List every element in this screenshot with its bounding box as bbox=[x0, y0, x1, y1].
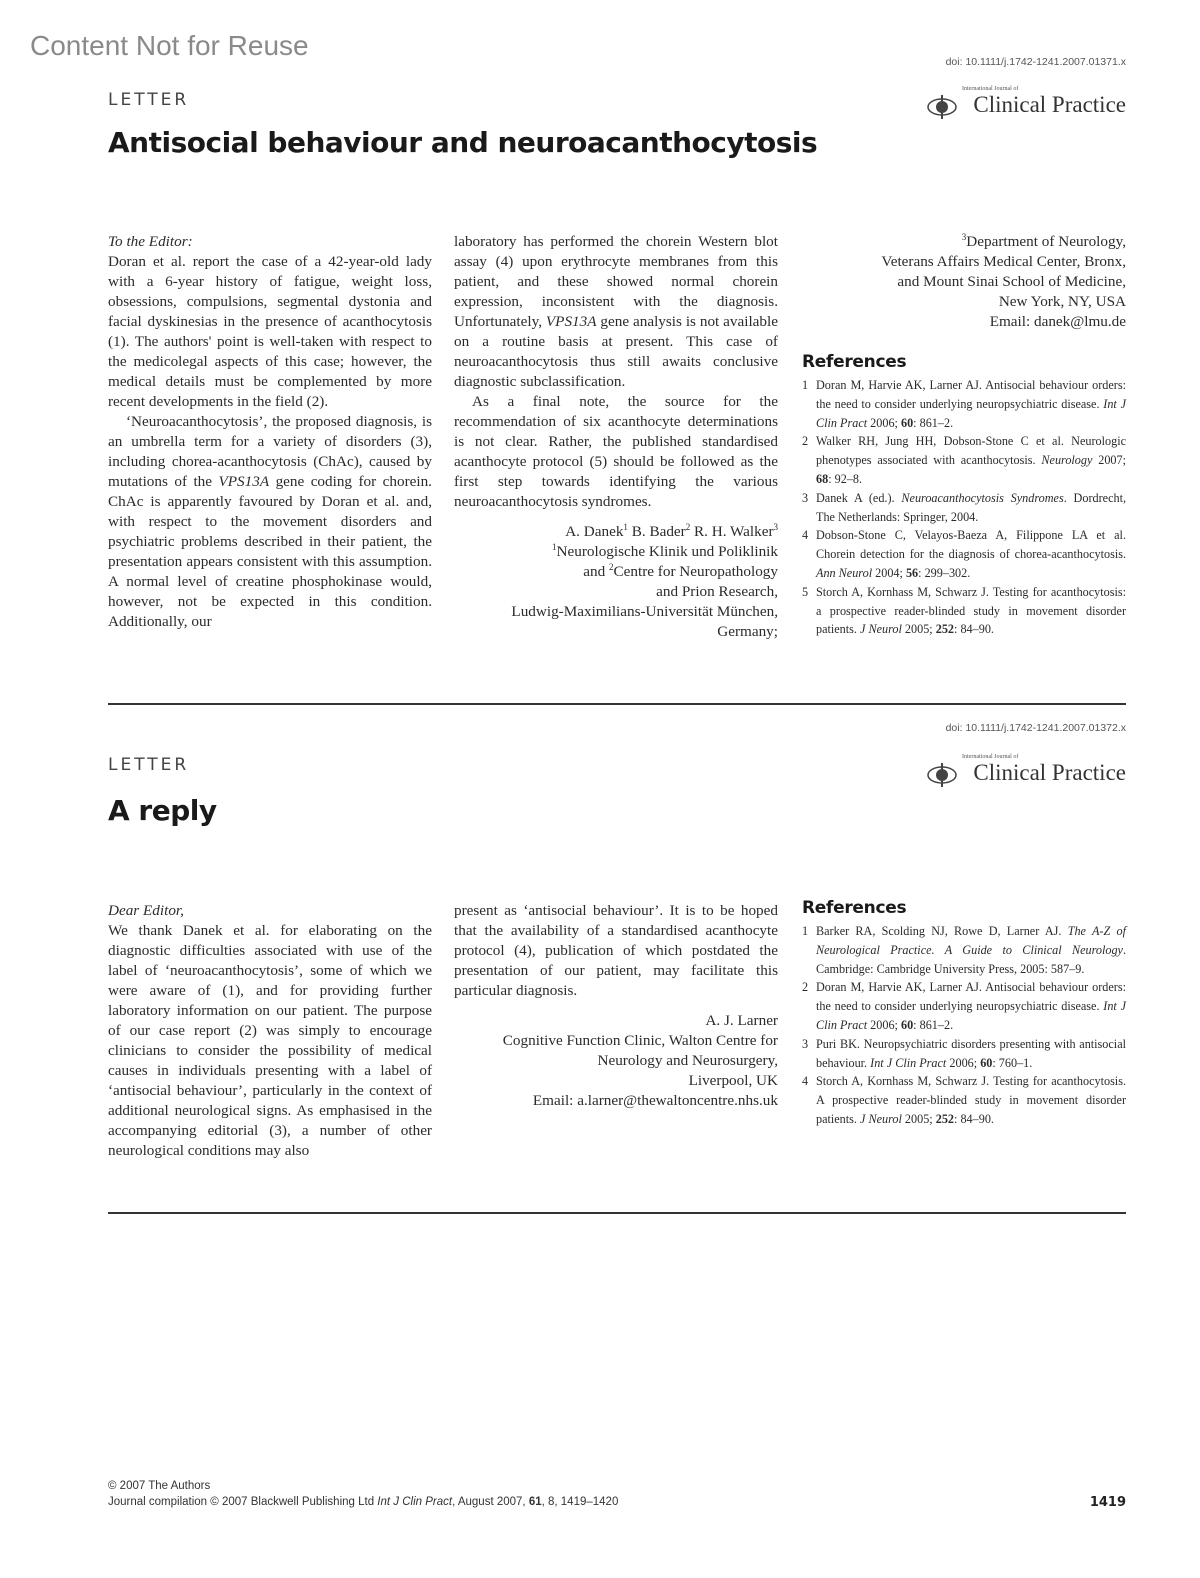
section-divider bbox=[108, 1212, 1126, 1214]
affiliation-3: 3Department of Neurology, Veterans Affai… bbox=[802, 232, 1126, 332]
reference-item: 2Walker RH, Jung HH, Dobson-Stone C et a… bbox=[802, 432, 1126, 488]
salutation: To the Editor: bbox=[108, 232, 432, 252]
author-signature: A. Danek1 B. Bader2 R. H. Walker3 1Neuro… bbox=[454, 522, 778, 642]
letter2-column-1: Dear Editor, We thank Danek et al. for e… bbox=[108, 901, 432, 1161]
author-email[interactable]: Email: danek@lmu.de bbox=[802, 312, 1126, 332]
article-title: A reply bbox=[108, 794, 217, 827]
journal-logo-title: Clinical Practice bbox=[973, 760, 1126, 786]
reference-item: 4Storch A, Kornhass M, Schwarz J. Testin… bbox=[802, 1072, 1126, 1128]
page-number: 1419 bbox=[1090, 1495, 1126, 1510]
gene-name: VPS13A bbox=[218, 473, 269, 490]
references-heading: References bbox=[802, 352, 1126, 372]
affiliation: Ludwig-Maximilians-Universität München, bbox=[454, 602, 778, 622]
reference-item: 5Storch A, Kornhass M, Schwarz J. Testin… bbox=[802, 583, 1126, 639]
paragraph: Doran et al. report the case of a 42-yea… bbox=[108, 252, 432, 412]
reference-item: 1Barker RA, Scolding NJ, Rowe D, Larner … bbox=[802, 922, 1126, 978]
affiliation: 1Neurologische Klinik und Poliklinik bbox=[454, 542, 778, 562]
affiliation: Germany; bbox=[454, 622, 778, 642]
footer-copyright: © 2007 The Authors bbox=[108, 1480, 210, 1492]
letter1-column-3: 3Department of Neurology, Veterans Affai… bbox=[802, 232, 1126, 639]
reference-item: 1Doran M, Harvie AK, Larner AJ. Antisoci… bbox=[802, 376, 1126, 432]
letter1-column-1: To the Editor: Doran et al. report the c… bbox=[108, 232, 432, 632]
affiliation: and 2Centre for Neuropathology bbox=[454, 562, 778, 582]
affiliation: and Prion Research, bbox=[454, 582, 778, 602]
reference-item: 4Dobson-Stone C, Velayos-Baeza A, Filipp… bbox=[802, 526, 1126, 582]
paragraph: ‘Neuroacanthocytosis’, the proposed diag… bbox=[108, 412, 432, 632]
paragraph: As a final note, the source for the reco… bbox=[454, 392, 778, 512]
journal-logo: International Journal of Clinical Practi… bbox=[926, 86, 1126, 126]
watermark: Content Not for Reuse bbox=[30, 30, 309, 62]
reference-list: 1Doran M, Harvie AK, Larner AJ. Antisoci… bbox=[802, 376, 1126, 639]
doi-letter-1: doi: 10.1111/j.1742-1241.2007.01371.x bbox=[946, 56, 1126, 68]
paragraph: We thank Danek et al. for elaborating on… bbox=[108, 921, 432, 1161]
gene-name: VPS13A bbox=[546, 313, 597, 330]
doi-letter-2: doi: 10.1111/j.1742-1241.2007.01372.x bbox=[946, 722, 1126, 734]
letter1-column-2: laboratory has performed the chorein Wes… bbox=[454, 232, 778, 642]
author-name: A. J. Larner bbox=[454, 1011, 778, 1031]
journal-logo: International Journal of Clinical Practi… bbox=[926, 754, 1126, 794]
footer-citation: Journal compilation © 2007 Blackwell Pub… bbox=[108, 1496, 618, 1508]
article-type: LETTER bbox=[108, 90, 189, 110]
footer-journal: Int J Clin Pract bbox=[377, 1496, 452, 1508]
article-type: LETTER bbox=[108, 755, 189, 775]
journal-logo-title: Clinical Practice bbox=[973, 92, 1126, 118]
author-signature: A. J. Larner Cognitive Function Clinic, … bbox=[454, 1011, 778, 1111]
letter2-column-3: References 1Barker RA, Scolding NJ, Rowe… bbox=[802, 898, 1126, 1129]
references-heading: References bbox=[802, 898, 1126, 918]
author-list: A. Danek1 B. Bader2 R. H. Walker3 bbox=[454, 522, 778, 542]
letter2-column-2: present as ‘antisocial behaviour’. It is… bbox=[454, 901, 778, 1111]
reference-item: 3Puri BK. Neuropsychiatric disorders pre… bbox=[802, 1035, 1126, 1073]
paragraph: laboratory has performed the chorein Wes… bbox=[454, 232, 778, 392]
reference-item: 3Danek A (ed.). Neuroacanthocytosis Synd… bbox=[802, 489, 1126, 527]
salutation: Dear Editor, bbox=[108, 901, 432, 921]
paragraph: present as ‘antisocial behaviour’. It is… bbox=[454, 901, 778, 1001]
section-divider bbox=[108, 703, 1126, 705]
affiliation: Neurology and Neurosurgery, bbox=[454, 1051, 778, 1071]
affiliation: Cognitive Function Clinic, Walton Centre… bbox=[454, 1031, 778, 1051]
reference-item: 2Doran M, Harvie AK, Larner AJ. Antisoci… bbox=[802, 978, 1126, 1034]
author-email[interactable]: Email: a.larner@thewaltoncentre.nhs.uk bbox=[454, 1091, 778, 1111]
affiliation: Liverpool, UK bbox=[454, 1071, 778, 1091]
article-title: Antisocial behaviour and neuroacanthocyt… bbox=[108, 126, 817, 159]
reference-list: 1Barker RA, Scolding NJ, Rowe D, Larner … bbox=[802, 922, 1126, 1129]
